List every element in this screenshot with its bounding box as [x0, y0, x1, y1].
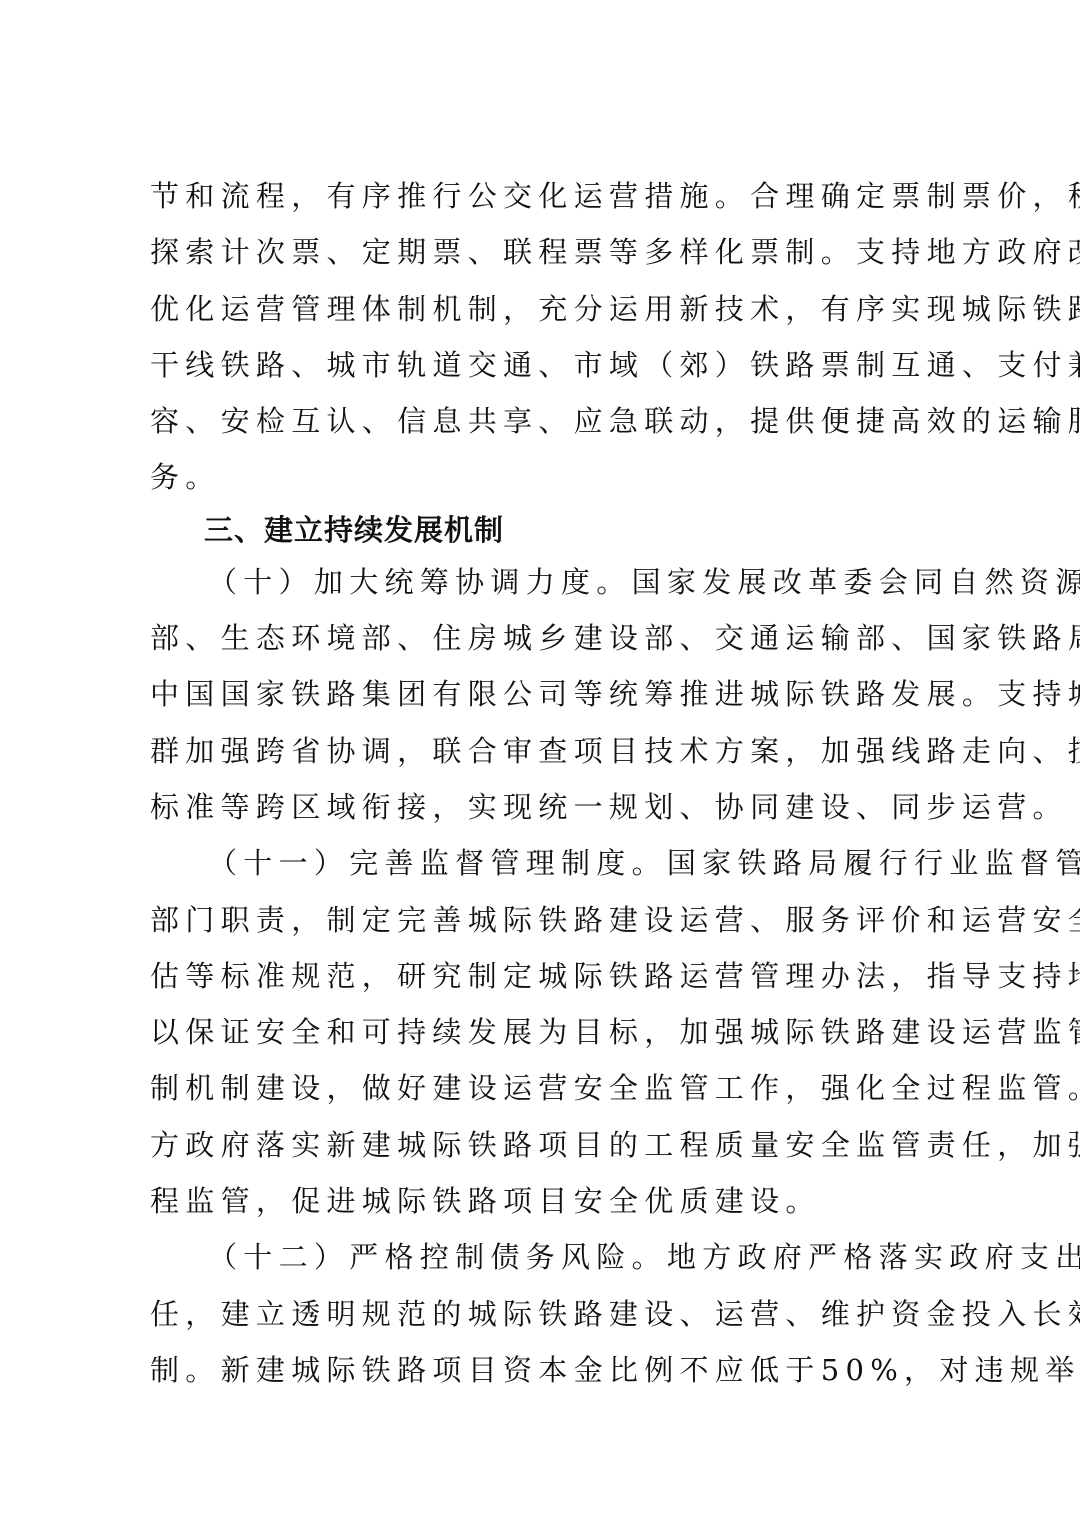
text-line: 标准等跨区域衔接，实现统一规划、协同建设、同步运营。: [150, 779, 934, 835]
text-line: 探索计次票、定期票、联程票等多样化票制。支持地方政府改革: [150, 224, 934, 280]
item-lead-title: （十二）严格控制债务风险。: [208, 1240, 667, 1274]
text-line: 制。新建城际铁路项目资本金比例不应低于50%，对违规举债融资: [150, 1342, 934, 1398]
section-heading: 三、建立持续发展机制: [150, 506, 934, 554]
text-line: 部、生态环境部、住房城乡建设部、交通运输部、国家铁路局、: [150, 610, 934, 666]
paragraph-item-11: （十一）完善监督管理制度。国家铁路局履行行业监督管理 部门职责，制定完善城际铁路…: [150, 835, 934, 1229]
text-line: 干线铁路、城市轨道交通、市域（郊）铁路票制互通、支付兼: [150, 337, 934, 393]
text-line: 务。: [150, 449, 934, 505]
text-line: 容、安检互认、信息共享、应急联动，提供便捷高效的运输服: [150, 393, 934, 449]
text-line: 部门职责，制定完善城际铁路建设运营、服务评价和运营安全评: [150, 892, 934, 948]
text-line: 节和流程，有序推行公交化运营措施。合理确定票制票价，积极: [150, 168, 934, 224]
text-line: 优化运营管理体制机制，充分运用新技术，有序实现城际铁路与: [150, 281, 934, 337]
text-line: 程监管，促进城际铁路项目安全优质建设。: [150, 1173, 934, 1229]
text-line: 任，建立透明规范的城际铁路建设、运营、维护资金投入长效机: [150, 1286, 934, 1342]
document-page: 节和流程，有序推行公交化运营措施。合理确定票制票价，积极 探索计次票、定期票、联…: [0, 0, 1080, 1527]
paragraph-item-12: （十二）严格控制债务风险。地方政府严格落实政府支出责 任，建立透明规范的城际铁路…: [150, 1229, 934, 1398]
text-line-first: （十二）严格控制债务风险。地方政府严格落实政府支出责: [150, 1229, 934, 1285]
text-line: 制机制建设，做好建设运营安全监管工作，强化全过程监管。地: [150, 1060, 934, 1116]
text-line: 以保证安全和可持续发展为目标，加强城际铁路建设运营监管体: [150, 1004, 934, 1060]
continuation-paragraph: 节和流程，有序推行公交化运营措施。合理确定票制票价，积极 探索计次票、定期票、联…: [150, 168, 934, 506]
document-body: 节和流程，有序推行公交化运营措施。合理确定票制票价，积极 探索计次票、定期票、联…: [150, 168, 934, 1398]
text-line: 估等标准规范，研究制定城际铁路运营管理办法，指导支持地方: [150, 948, 934, 1004]
text-line-first: （十一）完善监督管理制度。国家铁路局履行行业监督管理: [150, 835, 934, 891]
text-line: 方政府落实新建城际铁路项目的工程质量安全监管责任，加强工: [150, 1117, 934, 1173]
text-line: 中国国家铁路集团有限公司等统筹推进城际铁路发展。支持城市: [150, 666, 934, 722]
item-text: 国家铁路局履行行业监督管理: [667, 846, 1080, 880]
paragraph-item-10: （十）加大统筹协调力度。国家发展改革委会同自然资源 部、生态环境部、住房城乡建设…: [150, 554, 934, 835]
item-lead-title: （十）加大统筹协调力度。: [208, 565, 632, 599]
item-text: 国家发展改革委会同自然资源: [632, 565, 1080, 599]
text-line-first: （十）加大统筹协调力度。国家发展改革委会同自然资源: [150, 554, 934, 610]
item-lead-title: （十一）完善监督管理制度。: [208, 846, 667, 880]
item-text: 地方政府严格落实政府支出责: [667, 1240, 1080, 1274]
text-line: 群加强跨省协调，联合审查项目技术方案，加强线路走向、技术: [150, 723, 934, 779]
